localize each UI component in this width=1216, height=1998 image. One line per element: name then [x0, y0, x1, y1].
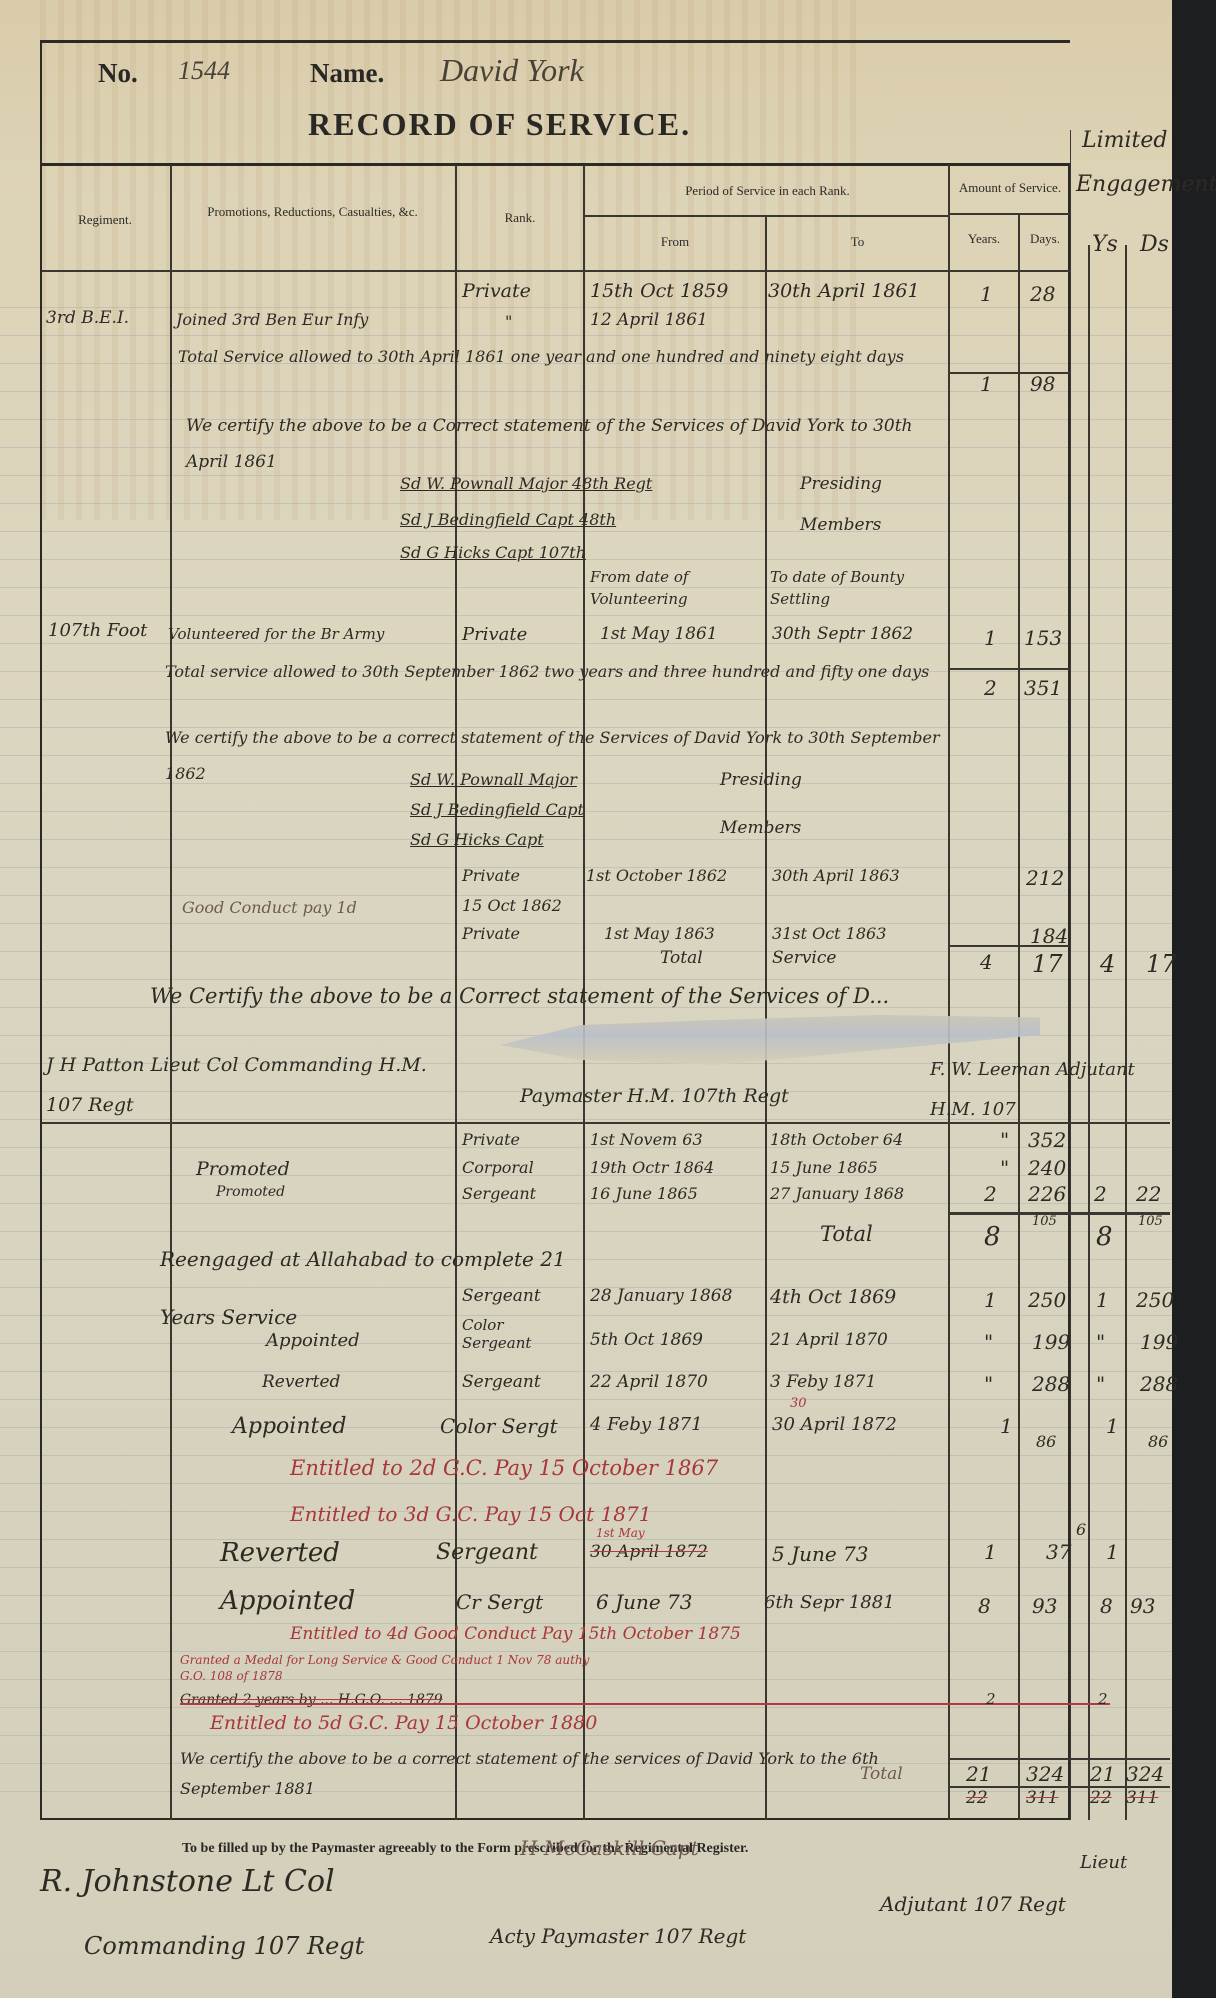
signature-adjutant-rank: Lieut — [1080, 1852, 1127, 1873]
entry-days-2: 86 — [1148, 1432, 1168, 1451]
total-rule — [950, 1758, 1170, 1760]
entry-from: 6 June 73 — [596, 1590, 693, 1614]
entry-remark: Reverted — [262, 1372, 340, 1392]
entry-days-2: 288 — [1140, 1372, 1178, 1396]
total-years: 8 — [984, 1222, 1001, 1252]
signature-role: Presiding — [800, 474, 882, 494]
col-header-days: Days. — [1020, 231, 1070, 247]
entry-days: 352 — [1028, 1128, 1066, 1152]
entry-days: 240 — [1028, 1156, 1066, 1180]
signature-paymaster-title: Acty Paymaster 107 Regt — [490, 1924, 746, 1948]
grand-total-years: 21 — [966, 1762, 991, 1786]
form-left-rule — [40, 40, 42, 165]
entry-years: " — [1000, 1128, 1009, 1152]
col-divider — [1125, 245, 1127, 1820]
entry-to: To date of Bounty Settling — [770, 566, 945, 610]
entry-remark: Appointed — [220, 1586, 355, 1616]
entry-from: 1st October 1862 — [586, 866, 727, 885]
entry-days: 226 — [1028, 1182, 1066, 1206]
entry-to: 30 April 1872 — [772, 1414, 897, 1435]
entry-years: 8 — [978, 1594, 991, 1618]
entry-from: 1st May 1863 — [604, 924, 715, 943]
entry-days: 250 — [1028, 1288, 1066, 1312]
total-years: 4 — [980, 950, 993, 974]
col-header-years: Years. — [950, 231, 1018, 247]
subtotal-rule — [950, 1212, 1170, 1215]
entry-years: 2 — [984, 1182, 997, 1206]
entry-to: 30th April 1863 — [772, 866, 900, 885]
entry-to: 31st Oct 1863 — [772, 924, 886, 943]
entry-years-2: 1 — [1096, 1288, 1109, 1312]
side-note-days: Ds — [1140, 232, 1169, 257]
entry-to: 18th October 64 — [770, 1130, 903, 1149]
entry-days-2: 22 — [1136, 1182, 1161, 1206]
entry-years: 1 — [984, 1540, 997, 1564]
entry-from: From date of Volunteering — [590, 566, 760, 610]
entry-remark: Appointed — [232, 1414, 346, 1439]
entry-to-correction: 30 — [790, 1396, 807, 1411]
red-remark: Granted a Medal for Long Service & Good … — [180, 1652, 600, 1684]
signature: Sd G Hicks Capt — [410, 830, 544, 849]
number-value: 1544 — [178, 56, 230, 86]
total-label-service: Service — [772, 948, 836, 968]
entry-certification: We certify the above to be a Correct sta… — [186, 408, 946, 480]
entry-rank: Private — [462, 924, 520, 943]
entry-days: 86 — [1036, 1432, 1056, 1451]
red-remark: Entitled to 4d Good Conduct Pay 15th Oct… — [290, 1624, 741, 1644]
entry-remark: Total Service allowed to 30th April 1861… — [178, 340, 948, 374]
red-remark: Entitled to 3d G.C. Pay 15 Oct 1871 — [290, 1502, 651, 1526]
strike-line — [180, 1703, 1110, 1705]
entry-to: 30th Septr 1862 — [772, 624, 913, 644]
signature: Sd W. Pownall Major — [410, 770, 577, 789]
entry-from: 19th Octr 1864 — [590, 1158, 714, 1177]
entry-remark: Reverted — [220, 1538, 340, 1568]
name-label: Name. — [310, 58, 384, 89]
side-note-years: Ys — [1092, 232, 1118, 257]
total-years-2: 8 — [1096, 1222, 1113, 1252]
col-divider — [948, 165, 950, 1820]
entry-from: 16 June 1865 — [590, 1184, 698, 1203]
entry-to: 4th Oct 1869 — [770, 1286, 896, 1308]
entry-rank: Color Sergt — [440, 1414, 558, 1438]
entry-rank: Cr Sergt — [456, 1590, 543, 1614]
col-divider — [1088, 245, 1090, 1820]
entry-to: 5 June 73 — [772, 1542, 869, 1566]
entry-from: 15 Oct 1862 — [462, 896, 562, 915]
entry-years: " — [984, 1372, 993, 1396]
entry-remark: Promoted — [216, 1184, 285, 1200]
col-header-rank: Rank. — [460, 210, 580, 226]
col-header-to: To — [770, 234, 945, 250]
signature-adjutant-title: Adjutant 107 Regt — [880, 1892, 1066, 1916]
entry-remark: Joined 3rd Ben Eur Infy — [176, 310, 368, 329]
entry-certification: We Certify the above to be a Correct sta… — [150, 984, 889, 1008]
entry-years: " — [984, 1330, 993, 1354]
entry-days: 28 — [1030, 282, 1055, 306]
total-label: Total — [660, 948, 703, 968]
entry-years: 1 — [1000, 1414, 1013, 1438]
entry-years-2: 8 — [1100, 1594, 1113, 1618]
entry-years-2: " — [1096, 1330, 1105, 1354]
col-header-promotions: Promotions, Reductions, Casualties, &c. — [175, 204, 450, 220]
struck-remark: Granted 2 years by ... H.G.O. ... 1879 — [180, 1692, 443, 1708]
entry-to: 15 June 1865 — [770, 1158, 878, 1177]
col-header-amount: Amount of Service. — [950, 180, 1070, 196]
col-header-from: From — [590, 234, 760, 250]
entry-years: " — [1000, 1156, 1009, 1180]
signature-commanding-title: Commanding 107 Regt — [84, 1932, 364, 1960]
total-days: 105 — [1032, 1214, 1057, 1229]
total-days-2: 17 — [1146, 950, 1177, 978]
red-remark: Entitled to 5d G.C. Pay 15 October 1880 — [210, 1712, 597, 1734]
entry-rank: " — [505, 312, 512, 331]
number-label: No. — [98, 58, 138, 89]
entry-days: 93 — [1032, 1594, 1057, 1618]
entry-from: 1st Novem 63 — [590, 1130, 703, 1149]
entry-to: 30th April 1861 — [768, 280, 920, 302]
signature: Sd G Hicks Capt 107th — [400, 543, 586, 562]
header-bottom-rule — [42, 270, 1070, 272]
entry-from: 30 April 1872 — [590, 1542, 708, 1562]
entry-rank: Sergeant — [436, 1540, 538, 1565]
signature-commanding-officer: R. Johnstone Lt Col — [40, 1864, 335, 1899]
entry-rank: Color Sergeant — [462, 1316, 572, 1352]
subtotal-rule — [950, 945, 1070, 947]
entry-years: 1 — [980, 282, 993, 306]
entry-rank: Private — [462, 280, 531, 302]
signature: Sd J Bedingfield Capt — [410, 800, 584, 819]
signature-role: Presiding — [720, 770, 802, 790]
grand-total-years-2: 21 — [1090, 1762, 1115, 1786]
name-value: David York — [440, 52, 584, 89]
signature: Sd J Bedingfield Capt 48th — [400, 510, 616, 529]
entry-days-2: 250 — [1136, 1288, 1174, 1312]
entry-days: 288 — [1032, 1372, 1070, 1396]
entry-from: 12 April 1861 — [590, 310, 708, 330]
signature-paymaster: Paymaster H.M. 107th Regt — [520, 1085, 789, 1107]
entry-years: 2 — [984, 676, 997, 700]
entry-regiment: 107th Foot — [48, 620, 147, 641]
entry-remark: Volunteered for the Br Army — [168, 625, 384, 643]
total-days: 17 — [1032, 950, 1063, 978]
col-header-regiment: Regiment. — [45, 212, 165, 228]
entry-remark: Appointed — [266, 1330, 360, 1351]
entry-rank: Corporal — [462, 1158, 534, 1177]
grand-total-days: 324 — [1026, 1762, 1064, 1786]
total-label: Total — [860, 1764, 903, 1784]
entry-days: 199 — [1032, 1330, 1070, 1354]
entry-from: 4 Feby 1871 — [590, 1414, 703, 1435]
total-days-2: 105 — [1138, 1214, 1163, 1229]
signature-role: Members — [800, 515, 881, 535]
entry-rank: Private — [462, 1130, 520, 1149]
entry-from: 28 January 1868 — [590, 1286, 732, 1306]
entry-days: 212 — [1026, 866, 1064, 890]
entry-rank: Sergeant — [462, 1372, 541, 1392]
signature-adjutant: F. W. Leeman Adjutant H.M. 107 — [930, 1050, 1170, 1130]
entry-to: 3 Feby 1871 — [770, 1372, 876, 1392]
subtotal-rule — [950, 668, 1070, 670]
grand-total-days-2: 324 — [1126, 1762, 1164, 1786]
entry-days: 351 — [1024, 676, 1062, 700]
side-note-engagement: Engagement — [1076, 172, 1216, 197]
entry-years: 2 — [986, 1690, 996, 1708]
entry-years: 1 — [984, 626, 997, 650]
entry-certification: We certify the above to be a correct sta… — [180, 1744, 940, 1804]
entry-remark: Promoted — [196, 1158, 290, 1180]
entry-days-correction: 6 — [1076, 1520, 1086, 1539]
signature-commanding: J H Patton Lieut Col Commanding H.M. 107… — [46, 1045, 466, 1125]
document-page: No. 1544 Name. David York RECORD OF SERV… — [0, 0, 1172, 1998]
entry-years-2: 2 — [1098, 1690, 1108, 1708]
section-rule — [42, 1122, 1170, 1124]
entry-days: 153 — [1024, 626, 1062, 650]
struck-total-days-2: 311 — [1126, 1788, 1158, 1808]
entry-years: 1 — [984, 1288, 997, 1312]
entry-rank: Sergeant — [462, 1286, 541, 1306]
entry-days-2: 199 — [1140, 1330, 1178, 1354]
struck-total-years-2: 22 — [1090, 1788, 1112, 1808]
col-header-period: Period of Service in each Rank. — [590, 183, 945, 199]
entry-rank: Private — [462, 866, 520, 885]
side-note-limited: Limited — [1082, 128, 1168, 153]
entry-remark: Good Conduct pay 1d — [182, 898, 357, 917]
entry-from: 5th Oct 1869 — [590, 1330, 703, 1350]
entry-from: 22 April 1870 — [590, 1372, 708, 1392]
entry-days: 37 — [1046, 1540, 1071, 1564]
entry-years-2: " — [1096, 1372, 1105, 1396]
entry-from-correction: 1st May — [596, 1526, 645, 1540]
struck-total-years: 22 — [966, 1788, 988, 1808]
entry-years: 1 — [980, 372, 993, 396]
document-title: RECORD OF SERVICE. — [308, 106, 691, 143]
red-remark: Entitled to 2d G.C. Pay 15 October 1867 — [290, 1456, 718, 1480]
struck-total-days: 311 — [1026, 1788, 1058, 1808]
signature: Sd W. Pownall Major 48th Regt — [400, 474, 652, 493]
entry-regiment: 3rd B.E.I. — [46, 308, 129, 328]
entry-days: 98 — [1030, 372, 1055, 396]
period-rule — [585, 215, 948, 217]
entry-to: 21 April 1870 — [770, 1330, 888, 1350]
entry-days-2: 93 — [1130, 1594, 1155, 1618]
amount-rule — [950, 213, 1070, 215]
entry-to: 27 January 1868 — [770, 1184, 904, 1203]
total-years-2: 4 — [1100, 950, 1115, 978]
entry-years-2: 2 — [1094, 1182, 1107, 1206]
entry-years-2: 1 — [1106, 1414, 1119, 1438]
total-label: Total — [820, 1222, 873, 1246]
entry-from: 15th Oct 1859 — [590, 280, 728, 302]
signature-role: Members — [720, 818, 801, 838]
entry-remark: Total service allowed to 30th September … — [165, 655, 940, 689]
signature-paymaster-name: H McCaskill Capt — [520, 1836, 699, 1860]
entry-to: 6th Sepr 1881 — [764, 1592, 895, 1613]
entry-rank: Private — [462, 624, 527, 645]
entry-from: 1st May 1861 — [600, 624, 718, 644]
entry-years-2: 1 — [1106, 1540, 1119, 1564]
entry-rank: Sergeant — [462, 1184, 536, 1203]
